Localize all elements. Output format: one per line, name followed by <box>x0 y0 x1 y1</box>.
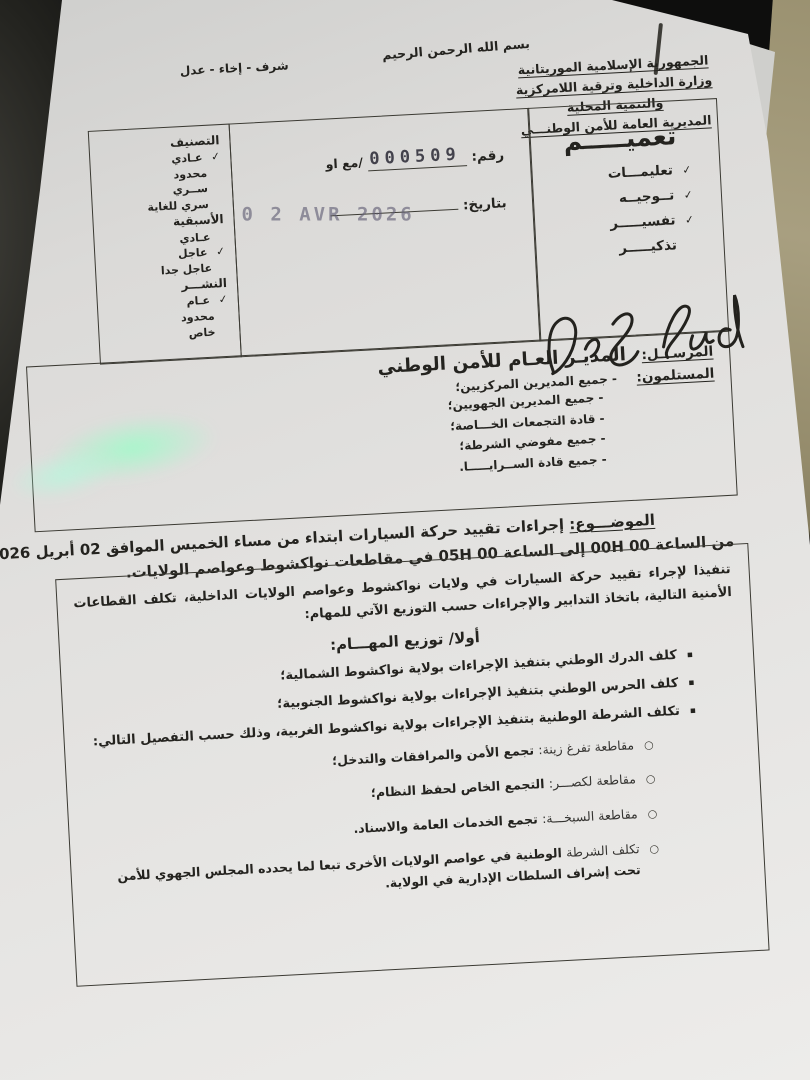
reference-cell: رقم: 000509 /مع او بتاريخ: 0 2 AVR 2026 <box>228 108 541 357</box>
circle-bullet-icon: ○ <box>647 805 658 824</box>
circular-type-cell: تعميـــــم ✓ تعليمـــات ✓ تــوجيــه ✓ تف… <box>527 98 729 342</box>
reference-number-suffix: /مع او <box>325 155 363 172</box>
circular-item-label: تــوجيــه <box>618 187 674 206</box>
subject-label: الموضـــوع: <box>569 511 656 533</box>
circular-title: تعميـــــم <box>535 120 704 158</box>
national-motto: شرف - إخاء - عدل <box>180 58 289 78</box>
check-icon: ✓ <box>676 160 693 182</box>
circular-item-label: تذكيـــــر <box>619 237 677 256</box>
circle-bullet-icon: ○ <box>649 840 660 859</box>
header-table: تعميـــــم ✓ تعليمـــات ✓ تــوجيــه ✓ تف… <box>88 98 729 365</box>
photo-scene: شرف - إخاء - عدل بسم الله الرحمن الرحيم … <box>0 0 810 1080</box>
square-bullet-icon: ▪ <box>690 705 697 715</box>
check-icon: ✓ <box>205 148 221 166</box>
circular-item-label: تعليمـــات <box>607 162 673 181</box>
reference-number-stamp: 000509 <box>367 144 467 171</box>
square-bullet-icon: ▪ <box>688 677 695 687</box>
reference-number-label: رقم: <box>471 147 504 165</box>
reference-date-label: بتاريخ: <box>463 195 507 213</box>
square-bullet-icon: ▪ <box>687 650 694 660</box>
handwritten-signature <box>532 284 747 387</box>
body-box: تنفيذا لإجراء تقييد حركة السيارات في ولا… <box>55 543 769 987</box>
check-icon: ✓ <box>679 210 696 232</box>
circular-item-label: تفسيـــــر <box>610 212 676 231</box>
check-icon: ✓ <box>213 292 229 310</box>
check-icon: ✓ <box>210 243 226 261</box>
bismillah-text: بسم الله الرحمن الرحيم <box>382 36 531 63</box>
document-content: شرف - إخاء - عدل بسم الله الرحمن الرحيم … <box>0 12 777 1059</box>
reference-number-line: رقم: 000509 /مع او <box>241 144 505 180</box>
check-icon: ✓ <box>677 185 694 207</box>
date-stamp: 0 2 AVR 2026 <box>242 204 415 226</box>
circle-bullet-icon: ○ <box>644 736 655 755</box>
classification-cell: التصنيف ✓ عـادي .محدود .ســري .سري للغاي… <box>88 124 242 365</box>
circle-bullet-icon: ○ <box>645 770 656 789</box>
